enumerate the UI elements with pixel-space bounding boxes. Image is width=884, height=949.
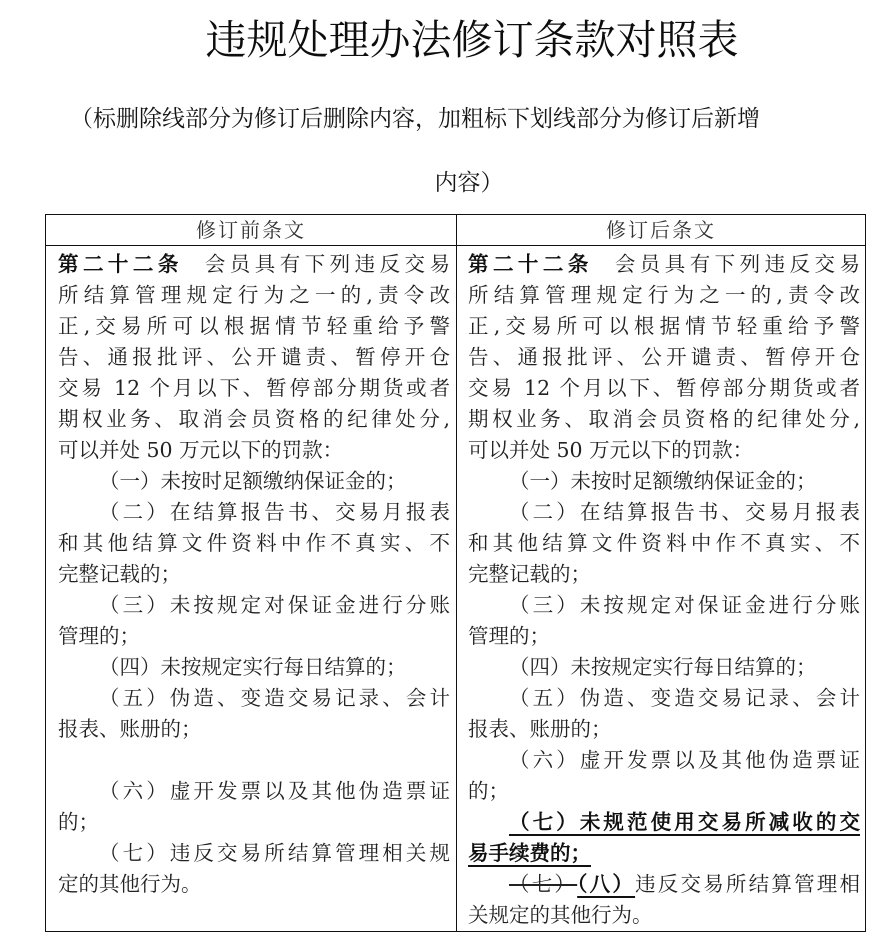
after-item-1: （一）未按时足额缴纳保证金的； bbox=[468, 466, 860, 497]
before-item-5: （五）伪造、变造交易记录、会计 bbox=[58, 683, 450, 714]
added-text: （八） bbox=[577, 872, 635, 896]
after-item-7-added: （七）未规范使用交易所减收的交 bbox=[468, 807, 860, 838]
before-line: 告、通报批评、公开谴责、暂停开仓 bbox=[58, 342, 450, 373]
added-text: （七）未规范使用交易所减收的交 bbox=[509, 810, 860, 834]
before-line: 可以并处 50 万元以下的罚款： bbox=[58, 435, 450, 466]
before-blank-line bbox=[58, 745, 450, 776]
document-title: 违规处理办法修订条款对照表 bbox=[0, 14, 884, 66]
after-line: 期权业务、取消会员资格的纪律处分, bbox=[468, 404, 860, 435]
before-line: 正,交易所可以根据情节轻重给予警 bbox=[58, 311, 450, 342]
before-line: 交易 12 个月以下、暂停部分期货或者 bbox=[58, 373, 450, 404]
before-line: 定的其他行为。 bbox=[58, 869, 450, 900]
before-item-6: （六）虚开发票以及其他伪造票证 bbox=[58, 776, 450, 807]
after-item-6: （六）虚开发票以及其他伪造票证 bbox=[468, 745, 860, 776]
revision-note-line-2: 内容） bbox=[0, 166, 884, 200]
after-line: 第二十二条 会员具有下列违反交易 bbox=[468, 249, 860, 280]
header-before: 修订前条文 bbox=[46, 215, 456, 245]
before-item-3: （三）未按规定对保证金进行分账 bbox=[58, 590, 450, 621]
header-after: 修订后条文 bbox=[457, 215, 865, 245]
before-line: 和其他结算文件资料中作不真实、不 bbox=[58, 528, 450, 559]
before-line: 第二十二条 会员具有下列违反交易 bbox=[58, 249, 450, 280]
column-divider bbox=[456, 215, 457, 931]
after-line: 管理的； bbox=[468, 621, 860, 652]
after-line: 报表、账册的； bbox=[468, 714, 860, 745]
deleted-text: （七） bbox=[509, 872, 577, 896]
after-line: 告、通报批评、公开谴责、暂停开仓 bbox=[468, 342, 860, 373]
revision-note-line-1: （标删除线部分为修订后删除内容，加粗标下划线部分为修订后新增 bbox=[70, 102, 884, 136]
before-item-1: （一）未按时足额缴纳保证金的； bbox=[58, 466, 450, 497]
after-item-5: （五）伪造、变造交易记录、会计 bbox=[468, 683, 860, 714]
after-item-8: （七）（八）违反交易所结算管理相 bbox=[468, 869, 860, 900]
after-line: 交易 12 个月以下、暂停部分期货或者 bbox=[468, 373, 860, 404]
header-divider bbox=[46, 245, 865, 246]
after-article-cell: 第二十二条 会员具有下列违反交易 所结算管理规定行为之一的,责令改 正,交易所可… bbox=[468, 249, 860, 931]
before-article-cell: 第二十二条 会员具有下列违反交易 所结算管理规定行为之一的,责令改 正,交易所可… bbox=[58, 249, 450, 900]
after-line: 所结算管理规定行为之一的,责令改 bbox=[468, 280, 860, 311]
after-line: 关规定的其他行为。 bbox=[468, 900, 860, 931]
before-item-7: （七）违反交易所结算管理相关规 bbox=[58, 838, 450, 869]
after-item-3: （三）未按规定对保证金进行分账 bbox=[468, 590, 860, 621]
after-item-7-added-cont: 易手续费的； bbox=[468, 838, 860, 869]
before-line: 期权业务、取消会员资格的纪律处分, bbox=[58, 404, 450, 435]
before-item-2: （二）在结算报告书、交易月报表 bbox=[58, 497, 450, 528]
added-text: 易手续费的； bbox=[468, 841, 591, 865]
before-line: 管理的； bbox=[58, 621, 450, 652]
after-line: 的； bbox=[468, 776, 860, 807]
before-line: 报表、账册的； bbox=[58, 714, 450, 745]
after-line: 完整记载的； bbox=[468, 559, 860, 590]
after-line: 正,交易所可以根据情节轻重给予警 bbox=[468, 311, 860, 342]
article-label: 第二十二条 bbox=[58, 252, 183, 276]
after-line: 和其他结算文件资料中作不真实、不 bbox=[468, 528, 860, 559]
after-item-2: （二）在结算报告书、交易月报表 bbox=[468, 497, 860, 528]
after-line: 可以并处 50 万元以下的罚款： bbox=[468, 435, 860, 466]
comparison-table: 修订前条文 修订后条文 第二十二条 会员具有下列违反交易 所结算管理规定行为之一… bbox=[45, 214, 866, 932]
before-item-4: （四）未按规定实行每日结算的； bbox=[58, 652, 450, 683]
article-label: 第二十二条 bbox=[468, 252, 593, 276]
before-line: 所结算管理规定行为之一的,责令改 bbox=[58, 280, 450, 311]
before-line: 完整记载的； bbox=[58, 559, 450, 590]
after-item-4: （四）未按规定实行每日结算的； bbox=[468, 652, 860, 683]
before-line: 的； bbox=[58, 807, 450, 838]
